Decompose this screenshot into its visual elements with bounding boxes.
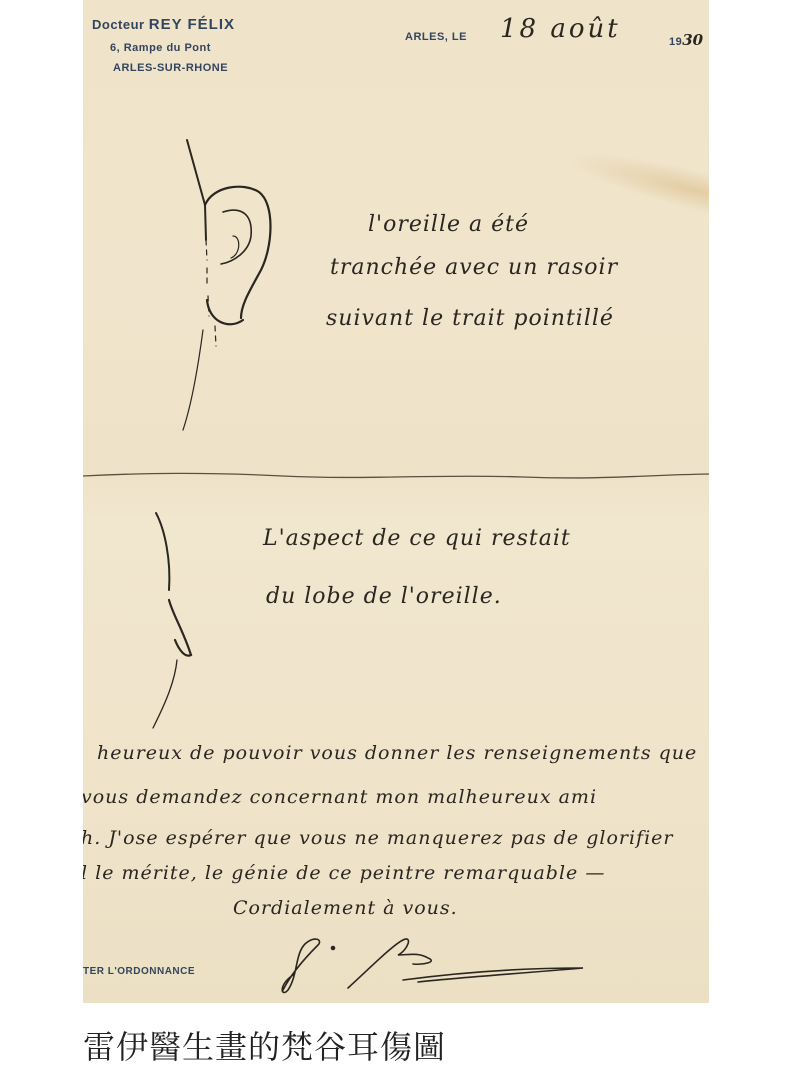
image-caption: 雷伊醫生畫的梵谷耳傷圖 [83, 1022, 446, 1068]
note-top-line: suivant le trait pointillé [326, 306, 614, 331]
letterhead-doctor: Docteur REY FÉLIX [92, 16, 235, 33]
note-top-line: tranchée avec un rasoir [330, 255, 618, 280]
signature-icon [282, 939, 583, 992]
letterhead-footer: TER L'ORDONNANCE [83, 966, 195, 977]
note-bottom-line: du lobe de l'oreille. [266, 584, 502, 609]
ear-sketch-icon [183, 140, 271, 430]
body-line: l le mérite, le génie de ce peintre rema… [83, 862, 605, 884]
body-line: vous demandez concernant mon malheureux … [83, 786, 597, 808]
note-bottom-line: L'aspect de ce qui restait [263, 526, 571, 551]
letterhead-place: ARLES, LE [405, 31, 467, 43]
letterhead-address-line1: 6, Rampe du Pont [110, 42, 211, 54]
lobe-sketch-icon [153, 513, 191, 728]
letter-document: Docteur REY FÉLIX 6, Rampe du Pont ARLES… [83, 0, 709, 1003]
letterhead-title: Docteur [92, 17, 145, 32]
paper-stain [562, 139, 709, 241]
handwritten-date: 18 août [500, 14, 621, 44]
letterhead-name: REY FÉLIX [149, 16, 235, 33]
year-printed: 19 [669, 36, 682, 48]
body-line: Cordialement à vous. [233, 897, 458, 919]
letterhead-year: 1930 [669, 31, 703, 49]
letterhead-address-line2: ARLES-SUR-RHONE [113, 62, 228, 74]
fold-line [83, 470, 709, 480]
year-handwritten: 30 [682, 31, 703, 49]
body-line: heureux de pouvoir vous donner les rense… [97, 742, 697, 764]
body-line: h. J'ose espérer que vous ne manquerez p… [83, 827, 673, 849]
note-top-line: l'oreille a été [368, 212, 529, 237]
